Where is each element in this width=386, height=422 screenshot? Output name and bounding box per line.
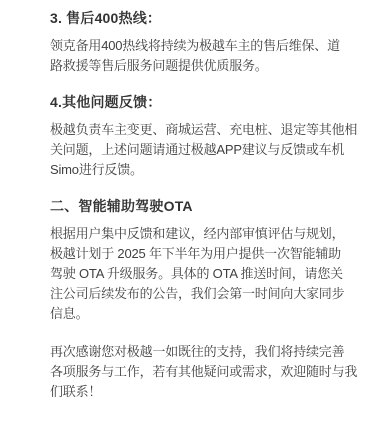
- text-line: 路救援等售后服务问题提供优质服务。: [50, 56, 342, 76]
- paragraph-other-feedback: 极越负责车主变更、商城运营、充电桩、退定等其他相关问题，上述问题请通过极越APP…: [50, 120, 342, 180]
- text-line: 根据用户集中反馈和建议，经内部审慎评估与规划，: [50, 224, 342, 244]
- section-other-feedback: 4.其他问题反馈： 极越负责车主变更、商城运营、充电桩、退定等其他相关问题，上述…: [50, 92, 342, 180]
- text-line: 各项服务与工作，若有其他疑问或需求，欢迎随时与我: [50, 362, 342, 382]
- paragraph-closing-thanks: 再次感谢您对极越一如既往的支持，我们将持续完善各项服务与工作，若有其他疑问或需求…: [50, 342, 342, 402]
- section-heading-aftersales-hotline: 3. 售后400热线：: [50, 8, 342, 28]
- section-heading-other-feedback: 4.其他问题反馈：: [50, 92, 342, 112]
- text-line: 极越负责车主变更、商城运营、充电桩、退定等其他相: [50, 120, 342, 140]
- section-smart-driving-ota: 二、智能辅助驾驶OTA 根据用户集中反馈和建议，经内部审慎评估与规划，极越计划于…: [50, 196, 342, 324]
- text-line: 们联系！: [50, 382, 342, 402]
- paragraph-aftersales-hotline: 领克备用400热线将持续为极越车主的售后维保、道路救援等售后服务问题提供优质服务…: [50, 36, 342, 76]
- text-line: 极越计划于 2025 年下半年为用户提供一次智能辅助: [50, 244, 342, 264]
- notice-document: 3. 售后400热线： 领克备用400热线将持续为极越车主的售后维保、道路救援等…: [0, 0, 386, 402]
- section-heading-smart-driving-ota: 二、智能辅助驾驶OTA: [50, 196, 342, 216]
- paragraph-smart-driving-ota: 根据用户集中反馈和建议，经内部审慎评估与规划，极越计划于 2025 年下半年为用…: [50, 224, 342, 324]
- text-line: 信息。: [50, 304, 342, 324]
- text-line: 驾驶 OTA 升级服务。具体的 OTA 推送时间，请您关: [50, 264, 342, 284]
- text-line: 注公司后续发布的公告，我们会第一时间向大家同步: [50, 284, 342, 304]
- text-line: 关问题，上述问题请通过极越APP建议与反馈或车机: [50, 140, 342, 160]
- text-line: 领克备用400热线将持续为极越车主的售后维保、道: [50, 36, 342, 56]
- section-aftersales-hotline: 3. 售后400热线： 领克备用400热线将持续为极越车主的售后维保、道路救援等…: [50, 8, 342, 76]
- text-line: Simo进行反馈。: [50, 160, 342, 180]
- section-closing-thanks: 再次感谢您对极越一如既往的支持，我们将持续完善各项服务与工作，若有其他疑问或需求…: [50, 342, 342, 402]
- text-line: 再次感谢您对极越一如既往的支持，我们将持续完善: [50, 342, 342, 362]
